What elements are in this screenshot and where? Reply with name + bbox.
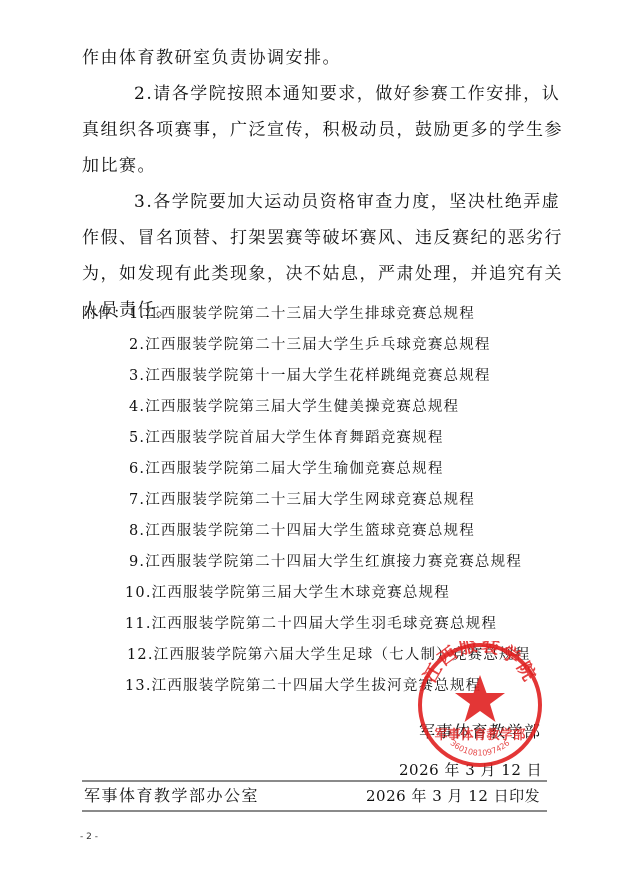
footer-top-rule — [82, 780, 547, 782]
attachment-item: 9.江西服装学院第二十四届大学生红旗接力赛竞赛总规程 — [129, 553, 522, 571]
body-line: 作由体育教研室负责协调安排。 — [82, 48, 341, 68]
attachment-item: 10.江西服装学院第三届大学生木球竞赛总规程 — [125, 584, 450, 602]
footer-bottom-rule — [82, 810, 547, 812]
attachment-item: 11.江西服装学院第二十四届大学生羽毛球竞赛总规程 — [125, 615, 497, 633]
attachment-item: 13.江西服装学院第二十四届大学生拔河竞赛总规程 — [125, 677, 481, 695]
attachment-item: 7.江西服装学院第二十三届大学生网球竞赛总规程 — [129, 491, 475, 509]
attachment-item: 3.江西服装学院第十一届大学生花样跳绳竞赛总规程 — [129, 367, 491, 385]
attachment-item: 5.江西服装学院首届大学生体育舞蹈竞赛规程 — [129, 429, 444, 447]
attachment-item: 2.江西服装学院第二十三届大学生乒乓球竞赛总规程 — [129, 336, 491, 354]
document-page: 作由体育教研室负责协调安排。 2.请各学院按照本通知要求，做好参赛工作安排，认 … — [0, 0, 630, 878]
body-line: 真组织各项赛事，广泛宣传，积极动员，鼓励更多的学生参 — [82, 120, 563, 140]
page-number: - 2 - — [80, 832, 98, 842]
attachment-item: 6.江西服装学院第二届大学生瑜伽竞赛总规程 — [129, 460, 444, 478]
attachment-item: 8.江西服装学院第二十四届大学生篮球竞赛总规程 — [129, 522, 475, 540]
body-line: 2.请各学院按照本通知要求，做好参赛工作安排，认 — [134, 84, 560, 104]
body-line: 3.各学院要加大运动员资格审查力度，坚决杜绝弄虚 — [134, 192, 560, 212]
body-line: 作假、冒名顶替、打架罢赛等破坏赛风、违反赛纪的恶劣行 — [82, 228, 563, 248]
attachments-label: 附件： — [82, 305, 129, 323]
body-line: 为，如发现有此类现象，决不姑息，严肃处理，并追究有关 — [82, 264, 563, 284]
footer-issuer: 军事体育教学部办公室 — [84, 786, 259, 806]
attachment-item: 4.江西服装学院第三届大学生健美操竞赛总规程 — [129, 398, 459, 416]
signature-department: 军事体育教学部 — [419, 722, 542, 742]
attachment-item: 1.江西服装学院第二十三届大学生排球竞赛总规程 — [129, 305, 475, 323]
attachment-item: 12.江西服装学院第六届大学生足球（七人制）竞赛总规程 — [127, 646, 530, 664]
body-line: 加比赛。 — [82, 156, 156, 176]
signature-date: 2026 年 3 月 12 日 — [399, 760, 542, 780]
footer-issue-date: 2026 年 3 月 12 日印发 — [366, 786, 540, 806]
